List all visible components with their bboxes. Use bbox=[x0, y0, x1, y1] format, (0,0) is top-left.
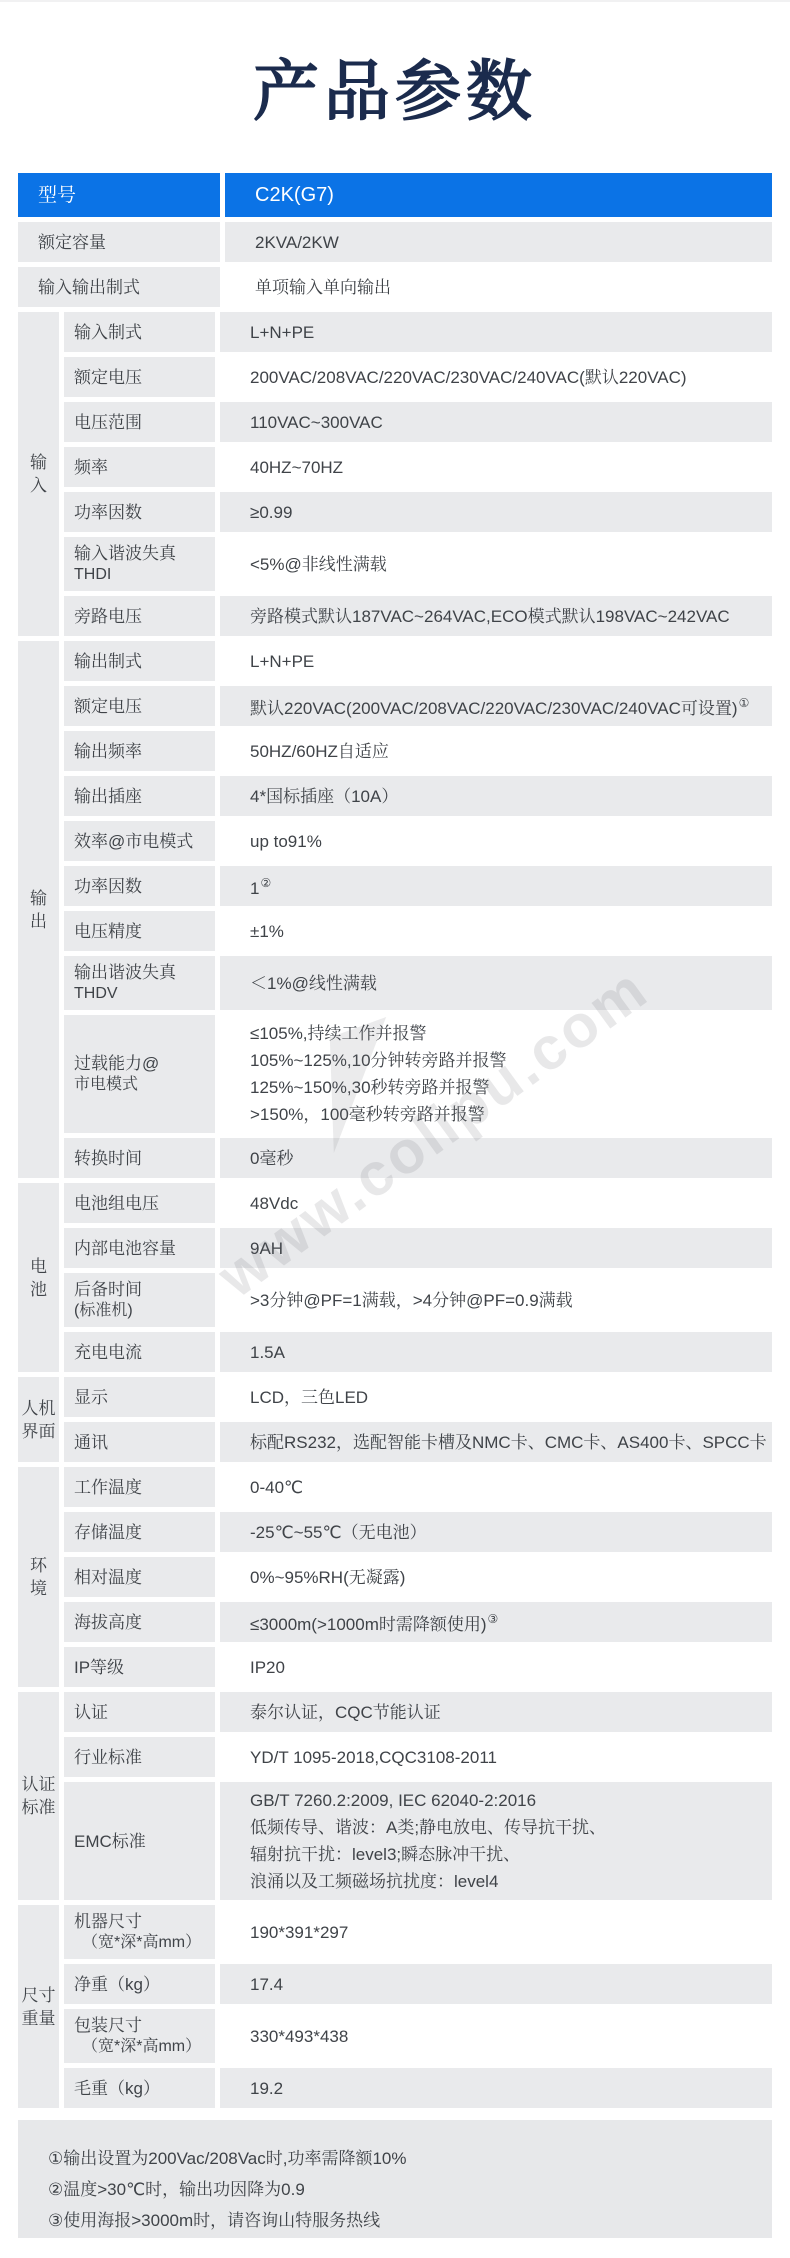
spec-row: 转换时间0毫秒 bbox=[64, 1138, 772, 1178]
row-value: LCD，三色LED bbox=[220, 1377, 772, 1417]
spec-row: 额定电压200VAC/208VAC/220VAC/230VAC/240VAC(默… bbox=[64, 357, 772, 397]
row-value: 泰尔认证，CQC节能认证 bbox=[220, 1692, 772, 1732]
spec-row: 通讯标配RS232，选配智能卡槽及NMC卡、CMC卡、AS400卡、SPCC卡 bbox=[64, 1422, 772, 1462]
spec-table: 型号C2K(G7)额定容量2KVA/2KW输入输出制式单项输入单向输出输 入输入… bbox=[18, 173, 772, 2108]
row-value: ≥0.99 bbox=[220, 492, 772, 532]
row-label: 输出谐波失真THDV bbox=[64, 956, 215, 1010]
group-label: 人机 界面 bbox=[18, 1377, 59, 1462]
row-label: 型号 bbox=[18, 173, 220, 217]
footnotes: ①输出设置为200Vac/208Vac时,功率需降额10%②温度>30℃时，输出… bbox=[18, 2120, 772, 2238]
row-value: >3分钟@PF=1满载，>4分钟@PF=0.9满载 bbox=[220, 1273, 772, 1327]
row-value: IP20 bbox=[220, 1647, 772, 1687]
group-label: 输 出 bbox=[18, 641, 59, 1178]
row-label: 额定电压 bbox=[64, 686, 215, 726]
spec-row: 功率因数1② bbox=[64, 866, 772, 906]
row-value: 0毫秒 bbox=[220, 1138, 772, 1178]
row-value: 40HZ~70HZ bbox=[220, 447, 772, 487]
row-value: C2K(G7) bbox=[225, 173, 772, 217]
spec-row: IP等级IP20 bbox=[64, 1647, 772, 1687]
spec-row: 过载能力@市电模式≤105%,持续工作并报警105%~125%,10分钟转旁路并… bbox=[64, 1015, 772, 1133]
row-label: 额定电压 bbox=[64, 357, 215, 397]
group-section: 输 出输出制式L+N+PE额定电压默认220VAC(200VAC/208VAC/… bbox=[18, 641, 772, 1178]
row-sublabel: THDI bbox=[74, 564, 215, 585]
group-label: 电 池 bbox=[18, 1183, 59, 1372]
group-label: 尺寸 重量 bbox=[18, 1905, 59, 2108]
row-value: 4*国标插座（10A） bbox=[220, 776, 772, 816]
row-value: 2KVA/2KW bbox=[225, 222, 772, 262]
model-section: 型号C2K(G7) bbox=[18, 173, 772, 217]
row-label: 后备时间(标准机) bbox=[64, 1273, 215, 1327]
spec-row: 相对温度0%~95%RH(无凝露) bbox=[64, 1557, 772, 1597]
row-label: 工作温度 bbox=[64, 1467, 215, 1507]
row-value: up to91% bbox=[220, 821, 772, 861]
row-value: ≤105%,持续工作并报警105%~125%,10分钟转旁路并报警125%~15… bbox=[220, 1015, 772, 1133]
spec-row: EMC标准GB/T 7260.2:2009, IEC 62040-2:2016低… bbox=[64, 1782, 772, 1900]
row-value: 190*391*297 bbox=[220, 1905, 772, 1959]
row-value: 1② bbox=[220, 866, 772, 906]
spec-row: 充电电流1.5A bbox=[64, 1332, 772, 1372]
row-label: 功率因数 bbox=[64, 866, 215, 906]
page-title: 产品参数 bbox=[0, 38, 790, 133]
row-value: 单项输入单向输出 bbox=[225, 267, 772, 307]
row-label: 效率@市电模式 bbox=[64, 821, 215, 861]
row-sublabel: （宽*深*高mm） bbox=[74, 1932, 215, 1953]
group-section: 认证 标准认证泰尔认证，CQC节能认证行业标准YD/T 1095-2018,CQ… bbox=[18, 1692, 772, 1900]
row-label: 认证 bbox=[64, 1692, 215, 1732]
row-value: YD/T 1095-2018,CQC3108-2011 bbox=[220, 1737, 772, 1777]
row-label: IP等级 bbox=[64, 1647, 215, 1687]
spec-row: 认证泰尔认证，CQC节能认证 bbox=[64, 1692, 772, 1732]
spec-row: 净重（kg）17.4 bbox=[64, 1964, 772, 2004]
spec-row: 输入输出制式单项输入单向输出 bbox=[18, 267, 772, 307]
row-value: 9AH bbox=[220, 1228, 772, 1268]
spec-row: 机器尺寸（宽*深*高mm）190*391*297 bbox=[64, 1905, 772, 1959]
group-section: 尺寸 重量机器尺寸（宽*深*高mm）190*391*297净重（kg）17.4包… bbox=[18, 1905, 772, 2108]
group-label: 输 入 bbox=[18, 312, 59, 636]
row-label: 电压精度 bbox=[64, 911, 215, 951]
spec-row: 后备时间(标准机)>3分钟@PF=1满载，>4分钟@PF=0.9满载 bbox=[64, 1273, 772, 1327]
row-value: 1.5A bbox=[220, 1332, 772, 1372]
row-value: 50HZ/60HZ自适应 bbox=[220, 731, 772, 771]
row-value: 19.2 bbox=[220, 2068, 772, 2108]
spec-row: 额定容量2KVA/2KW bbox=[18, 222, 772, 262]
footnote-marker: ③ bbox=[487, 1612, 499, 1626]
row-value: 200VAC/208VAC/220VAC/230VAC/240VAC(默认220… bbox=[220, 357, 772, 397]
plain-section: 额定容量2KVA/2KW输入输出制式单项输入单向输出 bbox=[18, 222, 772, 307]
spec-row: 输出谐波失真THDV＜1%@线性满载 bbox=[64, 956, 772, 1010]
row-value: GB/T 7260.2:2009, IEC 62040-2:2016低频传导、谐… bbox=[220, 1782, 772, 1900]
row-label: 净重（kg） bbox=[64, 1964, 215, 2004]
group-section: 人机 界面显示LCD，三色LED通讯标配RS232，选配智能卡槽及NMC卡、CM… bbox=[18, 1377, 772, 1462]
row-value: 0%~95%RH(无凝露) bbox=[220, 1557, 772, 1597]
row-sublabel: （宽*深*高mm） bbox=[74, 2036, 215, 2057]
row-label: 输出制式 bbox=[64, 641, 215, 681]
row-value: 17.4 bbox=[220, 1964, 772, 2004]
group-label: 认证 标准 bbox=[18, 1692, 59, 1900]
group-label: 环 境 bbox=[18, 1467, 59, 1687]
footnote-marker: ② bbox=[259, 876, 271, 890]
row-value: 110VAC~300VAC bbox=[220, 402, 772, 442]
spec-row: 功率因数≥0.99 bbox=[64, 492, 772, 532]
row-value: 0-40℃ bbox=[220, 1467, 772, 1507]
row-label: 输出频率 bbox=[64, 731, 215, 771]
spec-row: 输入谐波失真THDI<5%@非线性满载 bbox=[64, 537, 772, 591]
row-label: 额定容量 bbox=[18, 222, 220, 262]
spec-row: 输出插座4*国标插座（10A） bbox=[64, 776, 772, 816]
spec-row: 显示LCD，三色LED bbox=[64, 1377, 772, 1417]
footnote-line: ①输出设置为200Vac/208Vac时,功率需降额10% bbox=[48, 2143, 772, 2174]
row-value: 标配RS232，选配智能卡槽及NMC卡、CMC卡、AS400卡、SPCC卡 bbox=[220, 1422, 772, 1462]
row-label: 毛重（kg） bbox=[64, 2068, 215, 2108]
row-label: 机器尺寸（宽*深*高mm） bbox=[64, 1905, 215, 1959]
group-section: 环 境工作温度0-40℃存储温度-25℃~55℃（无电池）相对温度0%~95%R… bbox=[18, 1467, 772, 1687]
row-label: 内部电池容量 bbox=[64, 1228, 215, 1268]
row-value: <5%@非线性满载 bbox=[220, 537, 772, 591]
row-sublabel: (标准机) bbox=[74, 1300, 215, 1321]
spec-row: 电压范围110VAC~300VAC bbox=[64, 402, 772, 442]
row-label: 输入制式 bbox=[64, 312, 215, 352]
row-label: 电压范围 bbox=[64, 402, 215, 442]
row-label: 通讯 bbox=[64, 1422, 215, 1462]
group-section: 电 池电池组电压48Vdc内部电池容量9AH后备时间(标准机)>3分钟@PF=1… bbox=[18, 1183, 772, 1372]
row-label: 海拔高度 bbox=[64, 1602, 215, 1642]
spec-row: 内部电池容量9AH bbox=[64, 1228, 772, 1268]
footnote-marker: ① bbox=[738, 696, 750, 710]
row-label: 过载能力@市电模式 bbox=[64, 1015, 215, 1133]
spec-row: 行业标准YD/T 1095-2018,CQC3108-2011 bbox=[64, 1737, 772, 1777]
spec-row: 输出频率50HZ/60HZ自适应 bbox=[64, 731, 772, 771]
spec-row: 输入制式L+N+PE bbox=[64, 312, 772, 352]
row-label: 显示 bbox=[64, 1377, 215, 1417]
spec-row: 电池组电压48Vdc bbox=[64, 1183, 772, 1223]
footnote-line: ②温度>30℃时，输出功因降为0.9 bbox=[48, 2174, 772, 2205]
row-value: 330*493*438 bbox=[220, 2009, 772, 2063]
spec-row: 效率@市电模式up to91% bbox=[64, 821, 772, 861]
row-label: 存储温度 bbox=[64, 1512, 215, 1552]
spec-row: 旁路电压旁路模式默认187VAC~264VAC,ECO模式默认198VAC~24… bbox=[64, 596, 772, 636]
spec-row: 输出制式L+N+PE bbox=[64, 641, 772, 681]
spec-row: 包装尺寸（宽*深*高mm）330*493*438 bbox=[64, 2009, 772, 2063]
spec-row: 存储温度-25℃~55℃（无电池） bbox=[64, 1512, 772, 1552]
row-sublabel: 市电模式 bbox=[74, 1074, 215, 1095]
row-label: 包装尺寸（宽*深*高mm） bbox=[64, 2009, 215, 2063]
spec-row: 工作温度0-40℃ bbox=[64, 1467, 772, 1507]
footnote-line: ③使用海报>3000m时，请咨询山特服务热线 bbox=[48, 2205, 772, 2236]
row-label: 行业标准 bbox=[64, 1737, 215, 1777]
spec-row: 频率40HZ~70HZ bbox=[64, 447, 772, 487]
row-label: 旁路电压 bbox=[64, 596, 215, 636]
group-section: 输 入输入制式L+N+PE额定电压200VAC/208VAC/220VAC/23… bbox=[18, 312, 772, 636]
row-value: L+N+PE bbox=[220, 312, 772, 352]
row-label: 输入谐波失真THDI bbox=[64, 537, 215, 591]
spec-row: 电压精度±1% bbox=[64, 911, 772, 951]
row-label: 输出插座 bbox=[64, 776, 215, 816]
row-value: -25℃~55℃（无电池） bbox=[220, 1512, 772, 1552]
row-label: 输入输出制式 bbox=[18, 267, 220, 307]
row-value: 旁路模式默认187VAC~264VAC,ECO模式默认198VAC~242VAC bbox=[220, 596, 772, 636]
row-label: 频率 bbox=[64, 447, 215, 487]
row-label: 功率因数 bbox=[64, 492, 215, 532]
row-value: L+N+PE bbox=[220, 641, 772, 681]
row-label: 充电电流 bbox=[64, 1332, 215, 1372]
top-divider bbox=[0, 0, 790, 2]
row-value: ＜1%@线性满载 bbox=[220, 956, 772, 1010]
row-label: 相对温度 bbox=[64, 1557, 215, 1597]
row-label: EMC标准 bbox=[64, 1782, 215, 1900]
row-label: 转换时间 bbox=[64, 1138, 215, 1178]
row-value: ±1% bbox=[220, 911, 772, 951]
row-value: ≤3000m(>1000m时需降额使用)③ bbox=[220, 1602, 772, 1642]
spec-row: 毛重（kg）19.2 bbox=[64, 2068, 772, 2108]
row-value: 默认220VAC(200VAC/208VAC/220VAC/230VAC/240… bbox=[220, 686, 772, 726]
spec-row: 额定电压默认220VAC(200VAC/208VAC/220VAC/230VAC… bbox=[64, 686, 772, 726]
row-sublabel: THDV bbox=[74, 983, 215, 1004]
model-row: 型号C2K(G7) bbox=[18, 173, 772, 217]
row-value: 48Vdc bbox=[220, 1183, 772, 1223]
row-label: 电池组电压 bbox=[64, 1183, 215, 1223]
spec-row: 海拔高度≤3000m(>1000m时需降额使用)③ bbox=[64, 1602, 772, 1642]
